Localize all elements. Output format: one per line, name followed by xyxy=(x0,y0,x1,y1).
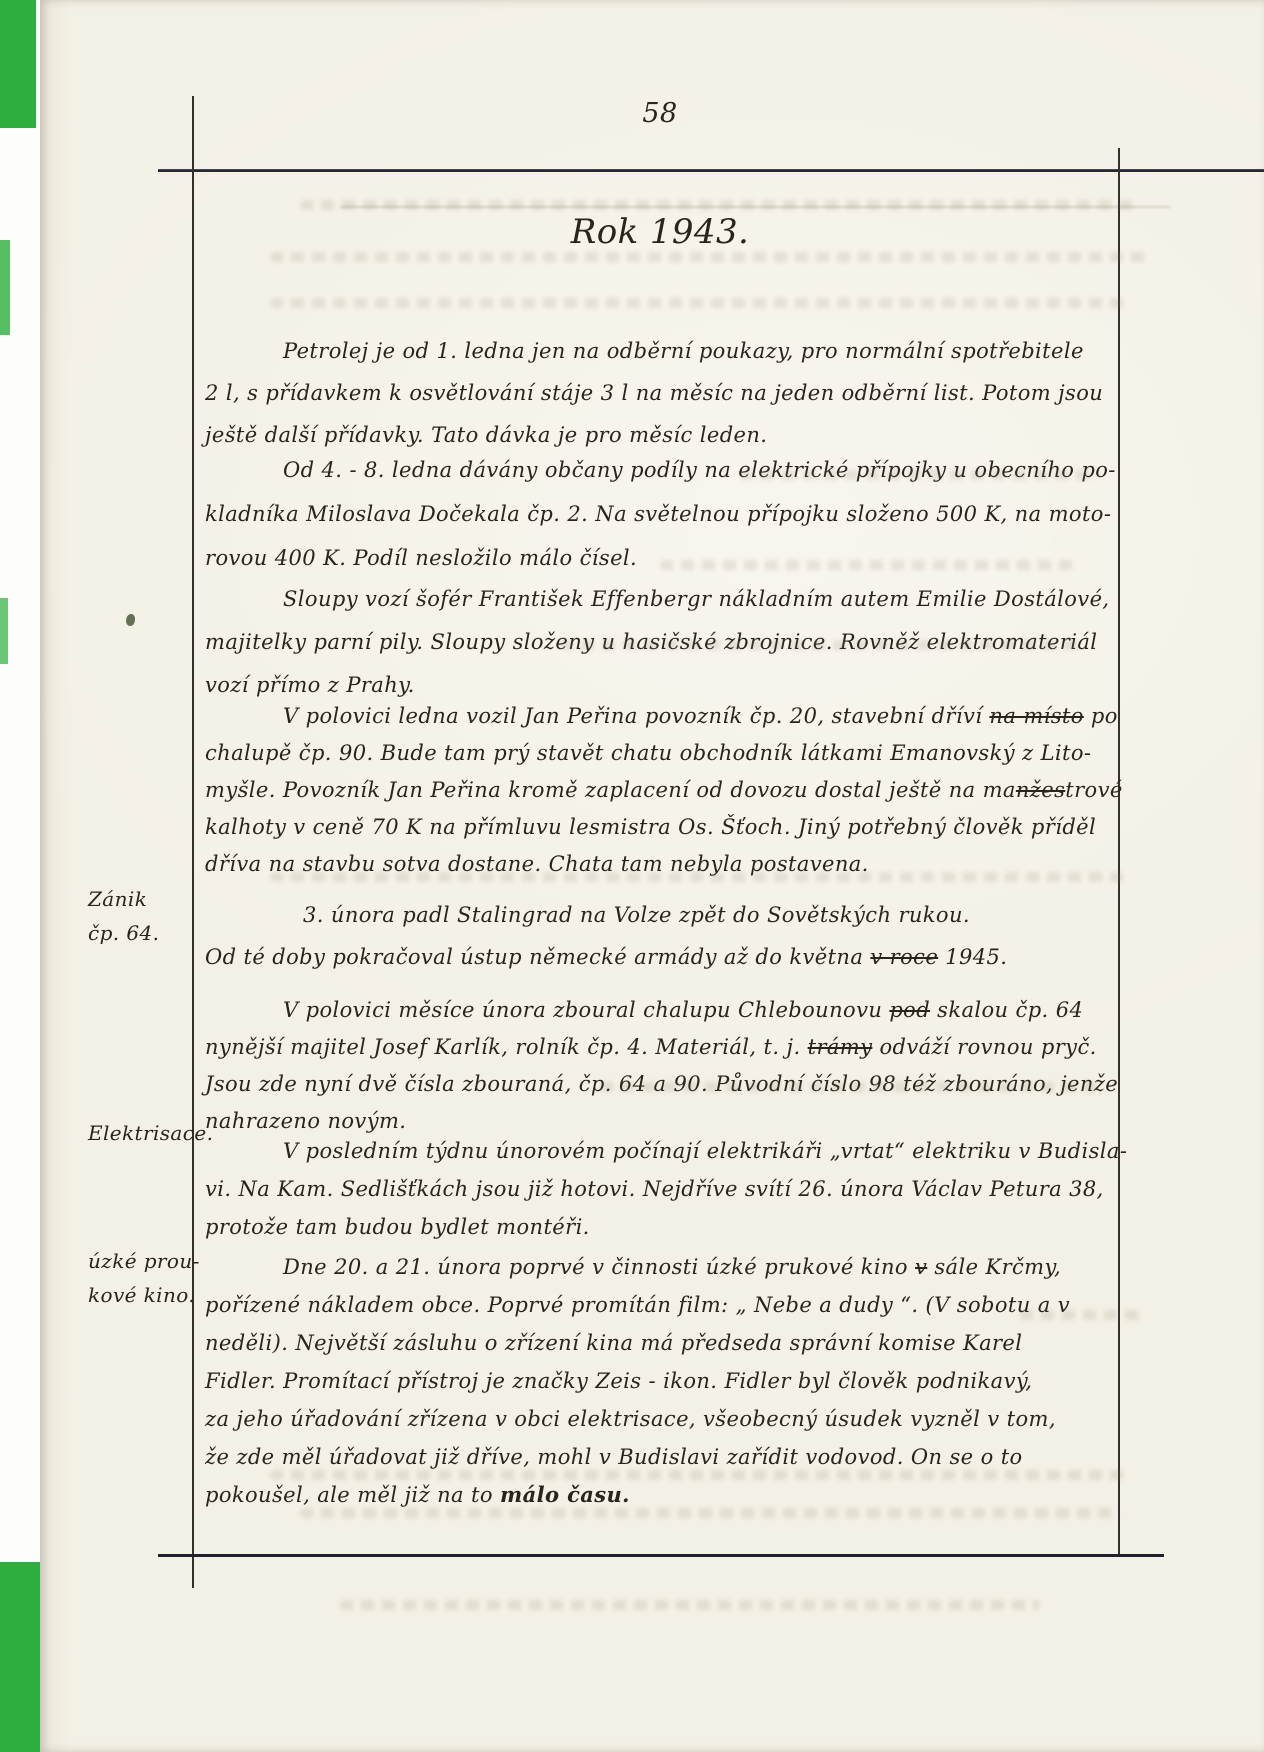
handwritten-line: Sloupy vozí šofér František Effenbergr n… xyxy=(205,578,1129,621)
paragraph-6: V posledním týdnu únorovém počínají elek… xyxy=(205,1132,1129,1246)
text-segment: pokoušel, ale měl již na to xyxy=(205,1483,500,1507)
margin-note-line: čp. 64. xyxy=(88,916,200,950)
margin-note-0: Zánikčp. 64. xyxy=(88,882,200,950)
left-margin-line xyxy=(192,96,194,1588)
text-segment: V posledním týdnu únorovém počínají elek… xyxy=(283,1139,1127,1163)
text-segment: vozí přímo z Prahy. xyxy=(205,673,415,697)
text-segment: že zde měl úřadovat již dříve, mohl v Bu… xyxy=(205,1445,1023,1469)
text-segment: neděli). Největší zásluhu o zřízení kina… xyxy=(205,1331,1022,1355)
handwritten-line: V polovici měsíce února zboural chalupu … xyxy=(205,992,1129,1029)
text-segment: ještě další přídavky. Tato dávka je pro … xyxy=(205,423,767,447)
margin-note-line: Zánik xyxy=(88,882,200,916)
paragraph-3: V polovici ledna vozil Jan Peřina povozn… xyxy=(205,698,1129,883)
bleed-through-line xyxy=(300,1508,1120,1518)
text-segment: trové xyxy=(1065,778,1122,802)
handwritten-line: vi. Na Kam. Sedlišťkách jsou již hotovi.… xyxy=(205,1170,1129,1208)
text-segment: Sloupy vozí šofér František Effenbergr n… xyxy=(283,587,1109,611)
text-segment: rovou 400 K. Podíl nesložilo málo čísel. xyxy=(205,546,637,570)
bleed-through-line xyxy=(600,1082,1100,1092)
year-heading: Rok 1943. xyxy=(205,212,1115,252)
paragraph-5: V polovici měsíce února zboural chalupu … xyxy=(205,992,1129,1140)
handwritten-line: Dne 20. a 21. února poprvé v činnosti úz… xyxy=(205,1248,1129,1286)
ink-blot xyxy=(126,614,135,626)
text-segment: 3. února padl Stalingrad na Volze zpět d… xyxy=(303,903,970,927)
struck-text: v xyxy=(915,1255,927,1279)
bleed-through-line xyxy=(740,470,1100,480)
margin-note-1: Elektrisace. xyxy=(88,1116,200,1150)
handwritten-line: 3. února padl Stalingrad na Volze zpět d… xyxy=(205,894,1129,936)
handwritten-line: kalhoty v ceně 70 K na přímluvu lesmistr… xyxy=(205,809,1129,846)
handwritten-line: Petrolej je od 1. ledna jen na odběrní p… xyxy=(205,330,1129,372)
text-segment: chalupě čp. 90. Bude tam prý stavět chat… xyxy=(205,741,1091,765)
text-segment: skalou čp. 64 xyxy=(930,998,1083,1022)
handwritten-line: Od té doby pokračoval ústup německé armá… xyxy=(205,936,1129,978)
text-segment: nahrazeno novým. xyxy=(205,1109,406,1133)
handwritten-line: V polovici ledna vozil Jan Peřina povozn… xyxy=(205,698,1129,735)
green-edge-artifact-mid2 xyxy=(0,598,8,664)
text-segment: 1945. xyxy=(938,945,1007,969)
handwritten-line: neděli). Největší zásluhu o zřízení kina… xyxy=(205,1324,1129,1362)
text-segment: Dne 20. a 21. února poprvé v činnosti úz… xyxy=(283,1255,915,1279)
struck-text: v roce xyxy=(870,945,938,969)
bleed-through-line xyxy=(300,200,1140,210)
margin-note-line: úzké prou- xyxy=(88,1244,200,1278)
emphasized-text: málo času. xyxy=(500,1482,630,1507)
bleed-through-line xyxy=(270,298,1130,308)
handwritten-line: kladníka Miloslava Dočekala čp. 2. Na sv… xyxy=(205,492,1129,536)
text-segment: kladníka Miloslava Dočekala čp. 2. Na sv… xyxy=(205,502,1111,526)
green-edge-artifact-top xyxy=(0,0,36,128)
bleed-through-line xyxy=(1020,1310,1140,1320)
text-segment: kalhoty v ceně 70 K na přímluvu lesmistr… xyxy=(205,815,1096,839)
text-segment: Fidler. Promítací přístroj je značky Zei… xyxy=(205,1369,1032,1393)
handwritten-line: nynější majitel Josef Karlík, rolník čp.… xyxy=(205,1029,1129,1066)
struck-text: na místo xyxy=(989,704,1083,728)
handwritten-line: protože tam budou bydlet montéři. xyxy=(205,1208,1129,1246)
bleed-through-line xyxy=(340,1600,1040,1610)
text-segment: za jeho úřadování zřízena v obci elektri… xyxy=(205,1407,1056,1431)
text-segment: Petrolej je od 1. ledna jen na odběrní p… xyxy=(283,339,1084,363)
bleed-through-line xyxy=(270,252,1150,262)
bottom-rule-line xyxy=(158,1554,1164,1557)
bleed-through-line xyxy=(560,640,1080,650)
struck-text: trámy xyxy=(808,1035,873,1059)
text-segment: myšle. Povozník Jan Peřina kromě zaplace… xyxy=(205,778,1016,802)
bleed-through-line xyxy=(270,872,1130,882)
margin-note-line: kové kino. xyxy=(88,1278,200,1312)
bleed-through-line xyxy=(660,560,1080,570)
chronicle-page: 58 Rok 1943. Zánikčp. 64.Elektrisace.úzk… xyxy=(40,0,1264,1752)
top-rule-line xyxy=(158,169,1264,172)
handwritten-line: rovou 400 K. Podíl nesložilo málo čísel. xyxy=(205,536,1129,580)
handwritten-line: za jeho úřadování zřízena v obci elektri… xyxy=(205,1400,1129,1438)
text-segment: protože tam budou bydlet montéři. xyxy=(205,1215,590,1239)
text-segment: sále Krčmy, xyxy=(927,1255,1061,1279)
page-number: 58 xyxy=(205,98,1115,129)
green-edge-artifact-mid1 xyxy=(0,240,10,335)
paragraph-0: Petrolej je od 1. ledna jen na odběrní p… xyxy=(205,330,1129,456)
handwritten-line: 2 l, s přídavkem k osvětlování stáje 3 l… xyxy=(205,372,1129,414)
text-segment: vi. Na Kam. Sedlišťkách jsou již hotovi.… xyxy=(205,1177,1104,1201)
margin-note-2: úzké prou-kové kino. xyxy=(88,1244,200,1312)
text-segment: 2 l, s přídavkem k osvětlování stáje 3 l… xyxy=(205,381,1103,405)
struck-text: nžes xyxy=(1016,778,1065,802)
margin-note-line: Elektrisace. xyxy=(88,1116,200,1150)
text-segment: V polovici ledna vozil Jan Peřina povozn… xyxy=(283,704,989,728)
text-segment: V polovici měsíce února zboural chalupu … xyxy=(283,998,889,1022)
text-segment: nynější majitel Josef Karlík, rolník čp.… xyxy=(205,1035,808,1059)
handwritten-line: myšle. Povozník Jan Peřina kromě zaplace… xyxy=(205,772,1129,809)
handwritten-line: chalupě čp. 90. Bude tam prý stavět chat… xyxy=(205,735,1129,772)
text-segment: odváží rovnou pryč. xyxy=(872,1035,1096,1059)
text-segment: pořízené nákladem obce. Poprvé promítán … xyxy=(205,1293,1070,1317)
text-segment: Od té doby pokračoval ústup německé armá… xyxy=(205,945,870,969)
handwritten-line: pořízené nákladem obce. Poprvé promítán … xyxy=(205,1286,1129,1324)
paragraph-4: 3. února padl Stalingrad na Volze zpět d… xyxy=(205,894,1129,978)
handwritten-line: Fidler. Promítací přístroj je značky Zei… xyxy=(205,1362,1129,1400)
text-segment: po xyxy=(1084,704,1118,728)
struck-text: pod xyxy=(889,998,930,1022)
handwritten-line: V posledním týdnu únorovém počínají elek… xyxy=(205,1132,1129,1170)
bleed-through-line xyxy=(270,1470,1130,1480)
